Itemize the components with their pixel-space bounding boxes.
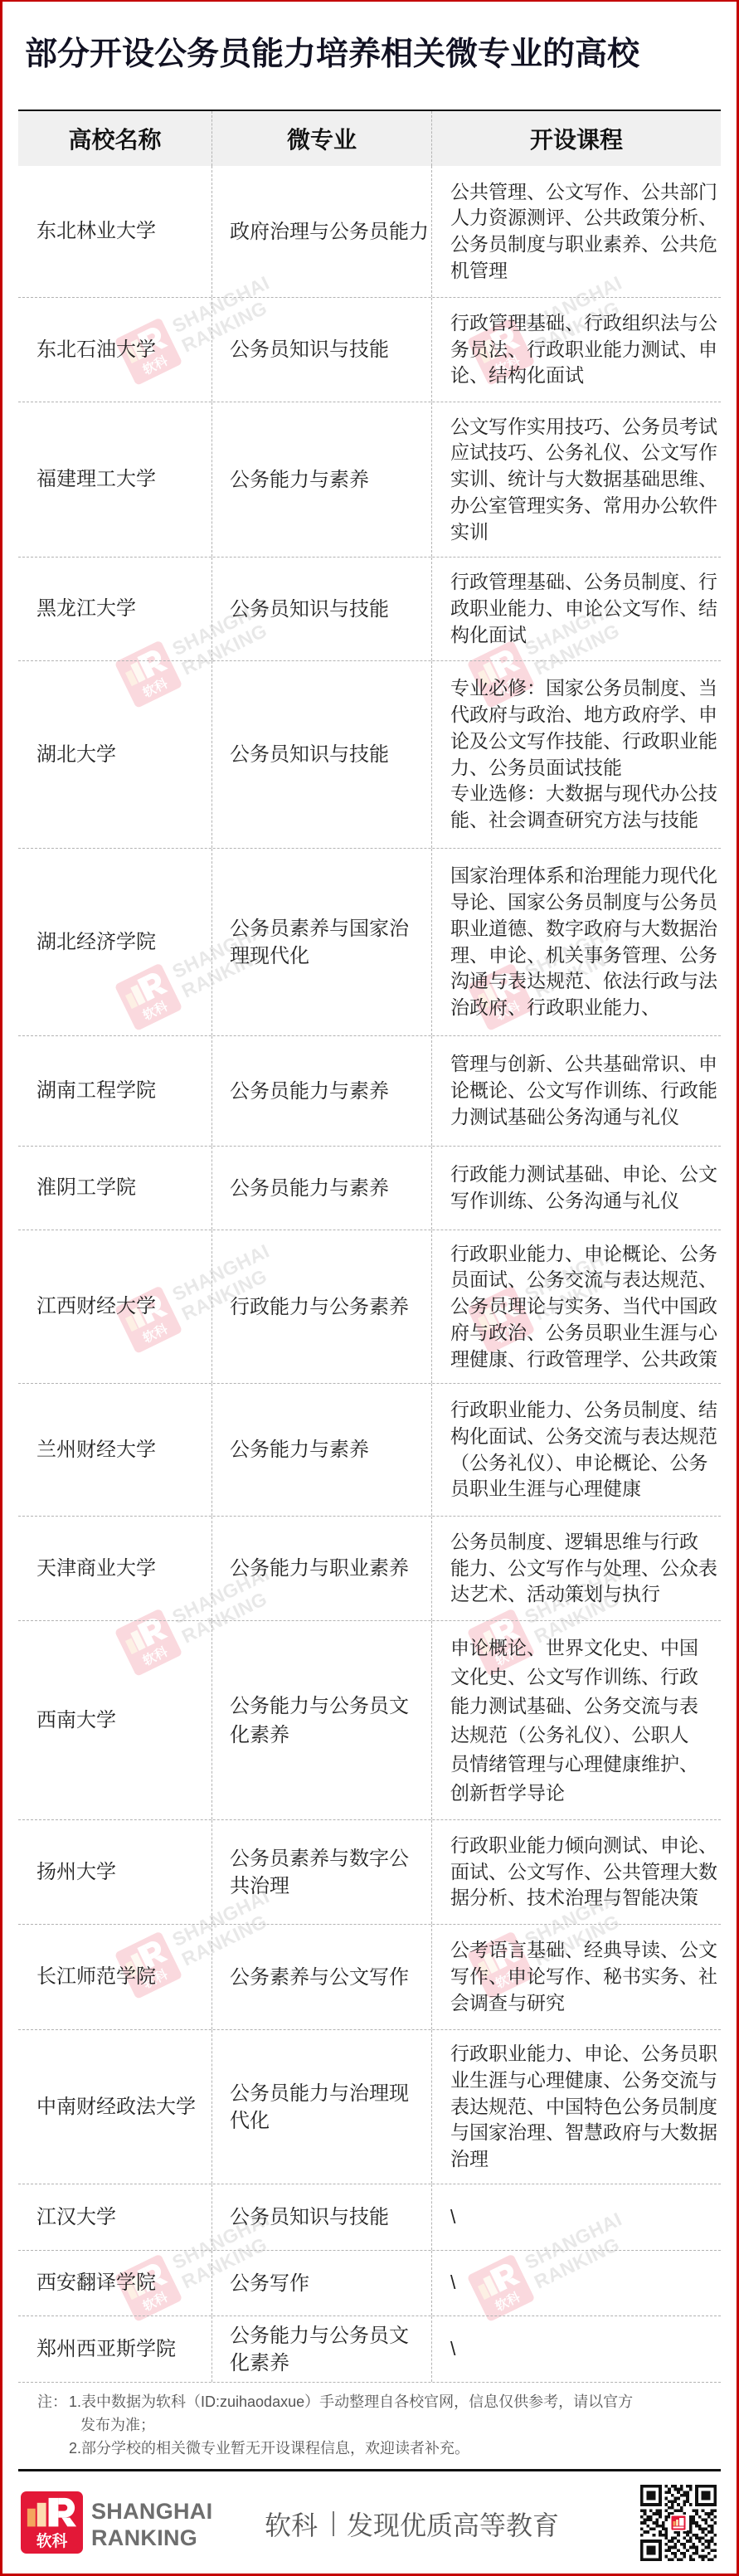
- column-header-courses: 开设课程: [431, 111, 721, 166]
- courses: 行政职业能力、申论概论、公务 员面试、公务交流与表达规范、 公务员理论与实务、当…: [431, 1230, 721, 1383]
- courses: \: [431, 2316, 721, 2382]
- courses: 国家治理体系和治理能力现代化 导论、国家公务员制度与公务员 职业道德、数字政府与…: [431, 849, 721, 1035]
- brand-line1: SHANGHAI: [91, 2498, 212, 2525]
- courses: 公务员制度、逻辑思维与行政 能力、公文写作与处理、公众表 达艺术、活动策划与执行: [431, 1517, 721, 1620]
- table-row: 湖北经济学院 公务员素养与国家治 理现代化 国家治理体系和治理能力现代化 导论、…: [18, 849, 721, 1036]
- notes: 注： 1.表中数据为软科（ID:zuihaodaxue）手动整理自各校官网，信息…: [37, 2390, 633, 2460]
- table-row: 中南财经政法大学 公务员能力与治理现 代化 行政职业能力、申论、公务员职 业生涯…: [18, 2030, 721, 2184]
- table-row: 西南大学 公务能力与公务员文 化素养 申论概论、世界文化史、中国 文化史、公文写…: [18, 1621, 721, 1820]
- micro-major: 公务员素养与数字公 共治理: [211, 1820, 431, 1924]
- micro-major: 公务能力与素养: [211, 402, 431, 557]
- page-title: 部分开设公务员能力培养相关微专业的高校: [25, 36, 639, 74]
- courses: \: [431, 2251, 721, 2315]
- slogan-text: 发现优质高等教育: [347, 2505, 559, 2543]
- school-name: 郑州西亚斯学院: [18, 2316, 211, 2382]
- school-name: 中南财经政法大学: [18, 2030, 211, 2184]
- column-header-micro-major: 微专业: [211, 111, 431, 166]
- column-header-school: 高校名称: [18, 111, 211, 166]
- slogan-brand: 软科: [265, 2505, 318, 2543]
- school-name: 福建理工大学: [18, 402, 211, 557]
- courses: 公文写作实用技巧、公务员考试 应试技巧、公务礼仪、公文写作 实训、统计与大数据基…: [431, 402, 721, 557]
- courses: 公共管理、公文写作、公共部门 人力资源测评、公共政策分析、 公务员制度与职业素养…: [431, 166, 721, 297]
- table-row: 长江师范学院 公务素养与公文写作 公考语言基础、经典导读、公文 写作、申论写作、…: [18, 1925, 721, 2030]
- school-name: 黑龙江大学: [18, 558, 211, 660]
- micro-major: 政府治理与公务员能力: [211, 166, 431, 297]
- slogan: 软科 | 发现优质高等教育: [265, 2507, 559, 2540]
- micro-major: 公务员素养与国家治 理现代化: [211, 849, 431, 1035]
- micro-major: 公务素养与公文写作: [211, 1925, 431, 2029]
- school-name: 湖北大学: [18, 661, 211, 848]
- table-row: 湖北大学 公务员知识与技能 专业必修：国家公务员制度、当 代政府与政治、地方政府…: [18, 661, 721, 849]
- table-row: 黑龙江大学 公务员知识与技能 行政管理基础、公务员制度、行 政职业能力、申论公文…: [18, 558, 721, 661]
- courses: 行政职业能力、申论、公务员职 业生涯与心理健康、公务交流与 表达规范、中国特色公…: [431, 2030, 721, 2184]
- micro-major: 公务能力与公务员文 化素养: [211, 1621, 431, 1819]
- micro-major: 公务员知识与技能: [211, 661, 431, 848]
- school-name: 天津商业大学: [18, 1517, 211, 1620]
- universities-table: 高校名称 微专业 开设课程 东北林业大学 政府治理与公务员能力 公共管理、公文写…: [18, 110, 721, 2383]
- micro-major: 公务能力与公务员文 化素养: [211, 2316, 431, 2382]
- school-name: 西安翻译学院: [18, 2251, 211, 2315]
- table-row: 福建理工大学 公务能力与素养 公文写作实用技巧、公务员考试 应试技巧、公务礼仪、…: [18, 402, 721, 558]
- shanghai-ranking-logo-icon: 软科: [21, 2491, 83, 2554]
- notes-label: 注：: [37, 2390, 69, 2460]
- brand-line2: RANKING: [91, 2525, 212, 2551]
- brand-name-english: SHANGHAI RANKING: [91, 2498, 212, 2551]
- school-name: 西南大学: [18, 1621, 211, 1819]
- footer-divider: [18, 2469, 721, 2471]
- logo-text: 软科: [36, 2531, 68, 2549]
- school-name: 兰州财经大学: [18, 1384, 211, 1516]
- courses: \: [431, 2184, 721, 2250]
- micro-major: 公务员能力与治理现 代化: [211, 2030, 431, 2184]
- shanghai-ranking-logo: 软科: [21, 2491, 83, 2554]
- table-row: 湖南工程学院 公务员能力与素养 管理与创新、公共基础常识、申 论概论、公文写作训…: [18, 1036, 721, 1147]
- school-name: 东北林业大学: [18, 166, 211, 297]
- school-name: 东北石油大学: [18, 298, 211, 402]
- table-row: 西安翻译学院 公务写作 \: [18, 2251, 721, 2316]
- courses: 行政能力测试基础、申论、公文 写作训练、公务沟通与礼仪: [431, 1147, 721, 1230]
- micro-major: 公务能力与素养: [211, 1384, 431, 1516]
- micro-major: 公务写作: [211, 2251, 431, 2315]
- table-row: 淮阴工学院 公务员能力与素养 行政能力测试基础、申论、公文 写作训练、公务沟通与…: [18, 1147, 721, 1230]
- school-name: 扬州大学: [18, 1820, 211, 1924]
- note-item: 2.部分学校的相关微专业暂无开设课程信息，欢迎读者补充。: [69, 2437, 633, 2460]
- notes-list: 1.表中数据为软科（ID:zuihaodaxue）手动整理自各校官网，信息仅供参…: [69, 2390, 633, 2460]
- courses: 行政管理基础、公务员制度、行 政职业能力、申论公文写作、结 构化面试: [431, 558, 721, 660]
- table-row: 兰州财经大学 公务能力与素养 行政职业能力、公务员制度、结 构化面试、公务交流与…: [18, 1384, 721, 1517]
- table-row: 江西财经大学 行政能力与公务素养 行政职业能力、申论概论、公务 员面试、公务交流…: [18, 1230, 721, 1384]
- school-name: 江汉大学: [18, 2184, 211, 2250]
- qr-code-icon: [640, 2485, 717, 2561]
- school-name: 湖北经济学院: [18, 849, 211, 1035]
- micro-major: 行政能力与公务素养: [211, 1230, 431, 1383]
- note-item: 1.表中数据为软科（ID:zuihaodaxue）手动整理自各校官网，信息仅供参…: [69, 2390, 633, 2437]
- micro-major: 公务员能力与素养: [211, 1036, 431, 1146]
- courses: 行政职业能力、公务员制度、结 构化面试、公务交流与表达规范 （公务礼仪）、申论概…: [431, 1384, 721, 1516]
- courses: 管理与创新、公共基础常识、申 论概论、公文写作训练、行政能 力测试基础公务沟通与…: [431, 1036, 721, 1146]
- courses: 公考语言基础、经典导读、公文 写作、申论写作、秘书实务、社 会调查与研究: [431, 1925, 721, 2029]
- table-header: 高校名称 微专业 开设课程: [18, 111, 721, 166]
- courses: 专业必修：国家公务员制度、当 代政府与政治、地方政府学、申 论及公文写作技能、行…: [431, 661, 721, 848]
- school-name: 淮阴工学院: [18, 1147, 211, 1230]
- school-name: 江西财经大学: [18, 1230, 211, 1383]
- table-row: 扬州大学 公务员素养与数字公 共治理 行政职业能力倾向测试、申论、 面试、公文写…: [18, 1820, 721, 1925]
- table-row: 天津商业大学 公务能力与职业素养 公务员制度、逻辑思维与行政 能力、公文写作与处…: [18, 1517, 721, 1621]
- micro-major: 公务员知识与技能: [211, 558, 431, 660]
- micro-major: 公务员知识与技能: [211, 2184, 431, 2250]
- micro-major: 公务能力与职业素养: [211, 1517, 431, 1620]
- table-row: 江汉大学 公务员知识与技能 \: [18, 2184, 721, 2251]
- courses: 行政管理基础、行政组织法与公 务员法、行政职业能力测试、申 论、结构化面试: [431, 298, 721, 402]
- table-row: 郑州西亚斯学院 公务能力与公务员文 化素养 \: [18, 2316, 721, 2383]
- micro-major: 公务员能力与素养: [211, 1147, 431, 1230]
- table-row: 东北石油大学 公务员知识与技能 行政管理基础、行政组织法与公 务员法、行政职业能…: [18, 298, 721, 402]
- infographic-page: 部分开设公务员能力培养相关微专业的高校 软科 SHANGHAIRANKING 软…: [0, 0, 739, 2576]
- courses: 行政职业能力倾向测试、申论、 面试、公文写作、公共管理大数 据分析、技术治理与智…: [431, 1820, 721, 1924]
- table-row: 东北林业大学 政府治理与公务员能力 公共管理、公文写作、公共部门 人力资源测评、…: [18, 166, 721, 298]
- courses: 申论概论、世界文化史、中国 文化史、公文写作训练、行政 能力测试基础、公务交流与…: [431, 1621, 721, 1819]
- micro-major: 公务员知识与技能: [211, 298, 431, 402]
- school-name: 湖南工程学院: [18, 1036, 211, 1146]
- slogan-separator: |: [333, 2511, 334, 2536]
- school-name: 长江师范学院: [18, 1925, 211, 2029]
